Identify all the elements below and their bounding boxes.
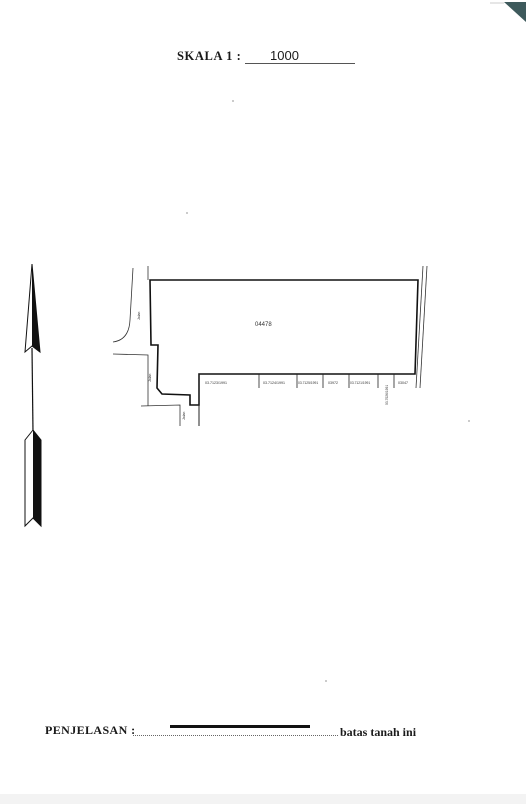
scan-bottom-edge [0, 794, 526, 804]
road-label: Jalan [137, 312, 141, 320]
scale-underline [245, 63, 355, 64]
scale-label: SKALA 1 : [177, 49, 241, 64]
neighbor-parcel-label: 03972 [328, 381, 338, 385]
neighbor-parcel-label: 03.7123/1991 [205, 381, 227, 385]
scan-speck [468, 420, 470, 422]
boundary-line-sample [170, 725, 310, 728]
scale-value: 1000 [270, 48, 299, 63]
road-label: Jalan [148, 374, 152, 382]
legend-label: PENJELASAN : [45, 723, 135, 738]
neighbor-parcel-label: 03.7124/1991 [263, 381, 285, 385]
scan-speck [232, 100, 234, 102]
north-arrow-icon [18, 264, 48, 534]
road-label: Jalan [182, 412, 186, 420]
land-parcel-map: 04478 03.7123/1991 03.7124/1991 03.7125/… [105, 260, 435, 430]
legend-description: batas tanah ini [340, 725, 416, 740]
legend-dotted-leader [133, 735, 338, 736]
scan-speck [325, 680, 327, 682]
scan-corner-fold [490, 0, 526, 24]
neighbor-parcel-label: 03.7026/1991 [385, 385, 389, 405]
parcel-id-label: 04478 [255, 322, 272, 328]
neighbor-parcel-label: 03.7125/1991 [298, 381, 318, 385]
neighbor-parcel-label: 03.7121/1991 [350, 381, 370, 385]
scan-speck [186, 212, 188, 214]
neighbor-parcel-label: 03047 [398, 381, 408, 385]
